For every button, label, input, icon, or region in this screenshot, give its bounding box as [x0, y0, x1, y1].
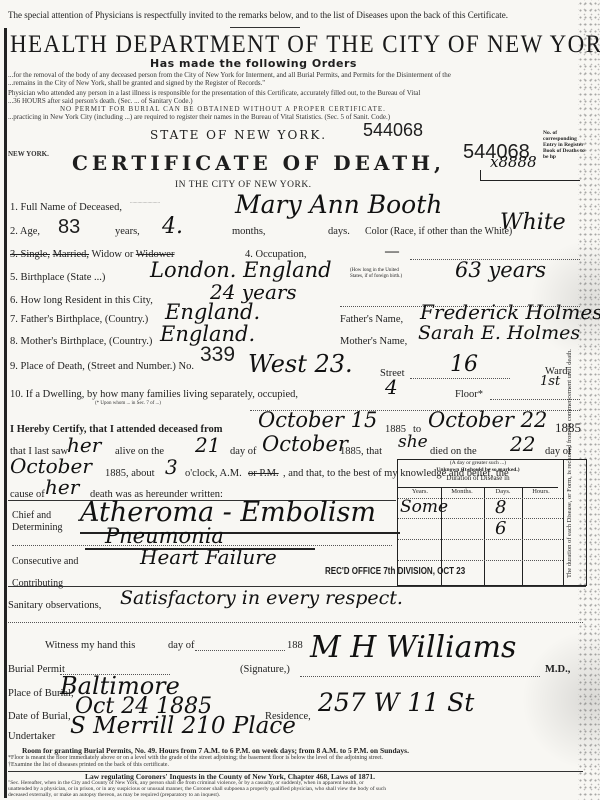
order-line-1a: ...for the removal of the body of any de…	[8, 71, 451, 79]
floor-value: 1st	[540, 374, 560, 389]
birthplace-label: 5. Birthplace (State ...)	[10, 272, 105, 283]
orders-subtitle: Has made the following Orders	[150, 57, 357, 70]
name-hint: ........................	[130, 200, 160, 205]
cert-text-2c: day of	[230, 446, 257, 457]
father-birthplace-value: England.	[165, 300, 260, 324]
register-box-bottom	[480, 180, 580, 181]
consecutive-cause-1: Heart Failure	[140, 545, 277, 569]
col-hours: Hours.	[523, 488, 559, 495]
col-divider-3	[522, 487, 523, 585]
cert-text-2e: died on the	[430, 446, 477, 457]
cert-text-4a: cause of	[10, 489, 45, 500]
dwelling-value: 4	[385, 375, 398, 399]
duration-days-1: 8	[495, 497, 506, 518]
col-days: Days.	[485, 488, 521, 495]
scan-noise-edge	[578, 0, 600, 800]
place-of-death-label: 9. Place of Death, (Street and Number.) …	[10, 361, 194, 372]
cert-text-3b: o'clock, A.M.	[185, 468, 242, 479]
register-handwritten: x8888	[490, 153, 537, 171]
footnote-diseases: †Examine the list of diseases printed on…	[8, 762, 169, 768]
signature-line	[300, 676, 540, 677]
cert-text-3a: 1885, about	[105, 468, 155, 479]
consecutive-label-2: Contributing	[12, 578, 63, 589]
col-years: Years.	[400, 488, 440, 495]
duration-header: (A day or greater such ...) Unknown (It …	[398, 460, 558, 488]
cert-text-2d: 1885, that	[340, 446, 382, 457]
duration-side-note: The duration of each Disease, or Form, i…	[563, 460, 586, 585]
duration-years-1: Some	[400, 497, 448, 517]
years-label: years,	[115, 226, 140, 237]
certify-text: I Hereby Certify, that I attended deceas…	[10, 424, 223, 435]
name-value: Mary Ann Booth	[235, 190, 442, 219]
pronoun-3: her	[45, 475, 79, 499]
last-seen-month: October	[262, 432, 348, 456]
dur-row-line-2	[398, 539, 563, 540]
cert-text-pm: or P.M.	[248, 468, 279, 479]
dur-row-line-3	[398, 560, 563, 561]
burial-permit-label: Burial Permit	[8, 664, 65, 675]
marital-single: 3. Single,	[10, 249, 50, 260]
state-serial-number: 544068	[363, 120, 423, 141]
marital-widow: Widow or	[91, 249, 133, 260]
observations-line	[8, 622, 583, 623]
register-box-left	[480, 170, 481, 180]
law-text-3: deceased externally, or make an autopsy …	[8, 792, 220, 798]
order-line-3: NO PERMIT FOR BURIAL CAN BE OBTAINED WIT…	[60, 105, 386, 113]
color-value: White	[500, 210, 566, 235]
mother-birthplace-label: 8. Mother's Birthplace, (Country.)	[10, 336, 152, 347]
mother-name-value: Sarah E. Holmes	[418, 322, 580, 344]
observations-value: Satisfactory in every respect.	[120, 587, 403, 609]
from-date-value: October 15	[258, 408, 377, 432]
street-line	[410, 378, 510, 379]
state-label: STATE OF NEW YORK.	[150, 128, 327, 142]
age-label: 2. Age,	[10, 226, 40, 237]
col-divider-2	[484, 487, 485, 585]
physician-notice: The special attention of Physicians is r…	[8, 10, 508, 20]
pronoun-2: she	[398, 432, 428, 452]
name-label: 1. Full Name of Deceased,	[10, 202, 122, 213]
duration-table: (A day or greater such ...) Unknown (It …	[397, 459, 587, 586]
order-line-1b: ...remains in the City of New York, shal…	[8, 79, 265, 87]
ward-value: 16	[450, 352, 478, 377]
months-label: months,	[232, 226, 266, 237]
days-label: days.	[328, 226, 350, 237]
order-line-4: ...practicing in New York City (includin…	[8, 113, 390, 121]
order-line-2b: ...36 HOURS after said person's death. (…	[8, 97, 193, 105]
chief-label-1: Chief and	[12, 510, 51, 521]
dwelling-note: (* Upon whom ... in Sec. 7 of ...)	[95, 401, 161, 406]
chief-label-2: Determining	[12, 522, 63, 533]
notice-underline	[230, 27, 300, 28]
cert-line-1: I Hereby Certify, that I attended deceas…	[10, 424, 223, 435]
residence-value: 257 W 11 St	[318, 688, 474, 717]
father-birthplace-label: 7. Father's Birthplace, (Country.)	[10, 314, 148, 325]
dur-row-line-1	[398, 518, 563, 519]
us-duration-value: 63 years	[455, 258, 546, 282]
col-months: Months.	[442, 488, 482, 495]
duration-header-2: Unknown (It should be so marked.)	[398, 467, 558, 474]
duration-header-3: Duration of Disease in	[398, 474, 558, 483]
last-seen-day: 21	[195, 433, 220, 457]
place-street-value: West 23.	[248, 350, 353, 378]
father-name-label: Father's Name,	[340, 314, 403, 325]
death-hour: 3	[165, 455, 178, 479]
dwelling-label: 10. If a Dwelling, by how many families …	[10, 389, 298, 400]
father-name-value: Frederick Holmes	[420, 300, 600, 324]
witness-label: Witness my hand this	[45, 640, 135, 651]
duration-header-1: (A day or greater such ...)	[398, 460, 558, 467]
floor-label: Floor*	[455, 389, 483, 400]
place-number-value: 339	[200, 343, 235, 367]
burial-date-label: Date of Burial,	[8, 711, 71, 722]
register-box-label: No. of corresponding Entry in Register B…	[543, 130, 591, 160]
witness-day-of: day of	[168, 640, 195, 651]
duration-days-2: 6	[495, 518, 506, 539]
footnote-floor: *Floor is meant the floor immediately ab…	[8, 755, 383, 761]
age-months-value: 4.	[162, 214, 183, 239]
cert-text-2b: alive on the	[115, 446, 164, 457]
md-label: M.D.,	[545, 664, 570, 675]
to-date-value: October 22	[428, 408, 547, 432]
witness-year-prefix: 188	[287, 640, 303, 651]
consecutive-label-1: Consecutive and	[12, 556, 78, 567]
burial-room-notice: Room for granting Burial Permits, No. 49…	[22, 746, 409, 755]
undertaker-value: S Merrill 210 Place	[70, 713, 296, 739]
duration-side-text: The duration of each Disease, or Form, i…	[566, 349, 573, 578]
order-line-2a: Physician who attended any person in a l…	[8, 89, 420, 97]
birthplace-value: London. England	[150, 258, 332, 282]
signature-label: (Signature,)	[240, 664, 290, 675]
resident-label: 6. How long Resident in this City,	[10, 295, 153, 306]
observations-label: Sanitary observations,	[8, 600, 101, 611]
death-day: 22	[510, 432, 535, 456]
age-years-value: 83	[58, 216, 80, 239]
witness-date-line	[195, 650, 285, 651]
department-title: HEALTH DEPARTMENT OF THE CITY OF NEW YOR…	[10, 30, 600, 59]
occupation-value: —	[385, 244, 399, 260]
marital-married: Married,	[53, 249, 89, 260]
mother-name-label: Mother's Name,	[340, 336, 407, 347]
undertaker-label: Undertaker	[8, 731, 55, 742]
certificate-title: CERTIFICATE OF DEATH,	[72, 151, 445, 175]
left-tag: NEW YORK.	[8, 150, 49, 158]
physician-signature: M H Williams	[310, 630, 516, 665]
city-label: IN THE CITY OF NEW YORK.	[175, 180, 312, 190]
us-duration-label: (How long in the United States, if of fo…	[350, 268, 412, 279]
left-border	[4, 28, 7, 798]
color-label: Color (Race, if other than the White)	[365, 226, 512, 237]
death-certificate-page: The special attention of Physicians is r…	[0, 0, 600, 800]
